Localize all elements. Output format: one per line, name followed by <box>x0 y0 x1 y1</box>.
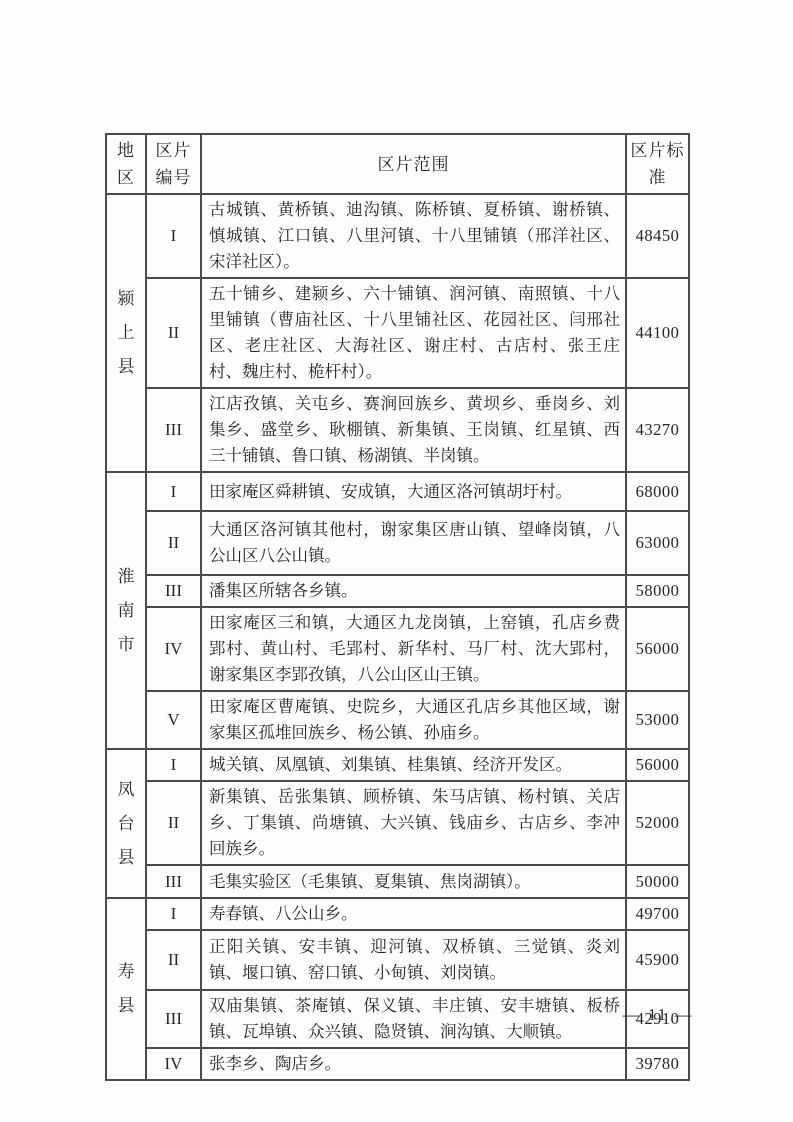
zone-no-cell: I <box>146 898 201 930</box>
standard-cell: 49700 <box>626 898 689 930</box>
table-row: III 潘集区所辖各乡镇。 58000 <box>106 575 689 607</box>
scope-cell: 江店孜镇、关屯乡、赛涧回族乡、黄坝乡、垂岗乡、刘集乡、盛堂乡、耿棚镇、新集镇、王… <box>201 388 626 472</box>
document-page: 地区 区片编号 区片范围 区片标准 颍上县 I 古城镇、黄桥镇、迪沟镇、陈桥镇、… <box>0 0 793 1122</box>
zone-no-cell: III <box>146 575 201 607</box>
table-row: 淮南市 I 田家庵区舜耕镇、安成镇，大通区洛河镇胡圩村。 68000 <box>106 472 689 511</box>
standard-cell: 48450 <box>626 194 689 278</box>
header-scope: 区片范围 <box>201 134 626 194</box>
scope-cell: 新集镇、岳张集镇、顾桥镇、朱马店镇、杨村镇、关店乡、丁集镇、尚塘镇、大兴镇、钱庙… <box>201 781 626 865</box>
zone-no-cell: II <box>146 511 201 575</box>
zone-no-cell: III <box>146 990 201 1048</box>
region-cell: 凤台县 <box>106 749 146 898</box>
standard-cell: 58000 <box>626 575 689 607</box>
header-region: 地区 <box>106 134 146 194</box>
zone-no-cell: IV <box>146 607 201 691</box>
zone-standard-table: 地区 区片编号 区片范围 区片标准 颍上县 I 古城镇、黄桥镇、迪沟镇、陈桥镇、… <box>105 133 690 1081</box>
standard-cell: 52000 <box>626 781 689 865</box>
page-number: — 11 — <box>603 1005 713 1025</box>
scope-cell: 古城镇、黄桥镇、迪沟镇、陈桥镇、夏桥镇、谢桥镇、慎城镇、江口镇、八里河镇、十八里… <box>201 194 626 278</box>
table-row: 凤台县 I 城关镇、凤凰镇、刘集镇、桂集镇、经济开发区。 56000 <box>106 749 689 781</box>
region-name: 寿县 <box>118 955 135 1023</box>
standard-cell: 50000 <box>626 865 689 898</box>
zone-no-cell: III <box>146 388 201 472</box>
scope-cell: 田家庵区舜耕镇、安成镇，大通区洛河镇胡圩村。 <box>201 472 626 511</box>
standard-cell: 53000 <box>626 691 689 749</box>
region-cell: 颍上县 <box>106 194 146 472</box>
zone-no-cell: I <box>146 749 201 781</box>
zone-no-cell: I <box>146 194 201 278</box>
table-row: IV 田家庵区三和镇，大通区九龙岗镇，上窑镇，孔店乡费郢村、黄山村、毛郢村、新华… <box>106 607 689 691</box>
scope-cell: 寿春镇、八公山乡。 <box>201 898 626 930</box>
standard-cell: 63000 <box>626 511 689 575</box>
table-header-row: 地区 区片编号 区片范围 区片标准 <box>106 134 689 194</box>
standard-cell: 45900 <box>626 930 689 990</box>
table-row: II 正阳关镇、安丰镇、迎河镇、双桥镇、三觉镇、炎刘镇、堰口镇、窑口镇、小甸镇、… <box>106 930 689 990</box>
scope-cell: 潘集区所辖各乡镇。 <box>201 575 626 607</box>
scope-cell: 张李乡、陶店乡。 <box>201 1048 626 1080</box>
table-row: II 五十铺乡、建颍乡、六十铺镇、润河镇、南照镇、十八里铺镇（曹庙社区、十八里铺… <box>106 278 689 388</box>
standard-cell: 43270 <box>626 388 689 472</box>
scope-cell: 田家庵区三和镇，大通区九龙岗镇，上窑镇，孔店乡费郢村、黄山村、毛郢村、新华村、马… <box>201 607 626 691</box>
zone-no-cell: II <box>146 278 201 388</box>
table-row: III 毛集实验区（毛集镇、夏集镇、焦岗湖镇）。 50000 <box>106 865 689 898</box>
region-name: 淮南市 <box>118 560 135 662</box>
table-row: IV 张李乡、陶店乡。 39780 <box>106 1048 689 1080</box>
zone-no-cell: II <box>146 930 201 990</box>
table-row: 颍上县 I 古城镇、黄桥镇、迪沟镇、陈桥镇、夏桥镇、谢桥镇、慎城镇、江口镇、八里… <box>106 194 689 278</box>
zone-no-cell: I <box>146 472 201 511</box>
table-row: II 新集镇、岳张集镇、顾桥镇、朱马店镇、杨村镇、关店乡、丁集镇、尚塘镇、大兴镇… <box>106 781 689 865</box>
header-standard: 区片标准 <box>626 134 689 194</box>
zone-no-cell: III <box>146 865 201 898</box>
table-row: V 田家庵区曹庵镇、史院乡，大通区孔店乡其他区域，谢家集区孤堆回族乡、杨公镇、孙… <box>106 691 689 749</box>
scope-cell: 正阳关镇、安丰镇、迎河镇、双桥镇、三觉镇、炎刘镇、堰口镇、窑口镇、小甸镇、刘岗镇… <box>201 930 626 990</box>
scope-cell: 大通区洛河镇其他村，谢家集区唐山镇、望峰岗镇，八公山区八公山镇。 <box>201 511 626 575</box>
region-name: 颍上县 <box>118 282 135 384</box>
scope-cell: 双庙集镇、茶庵镇、保义镇、丰庄镇、安丰塘镇、板桥镇、瓦埠镇、众兴镇、隐贤镇、涧沟… <box>201 990 626 1048</box>
standard-cell: 56000 <box>626 749 689 781</box>
scope-cell: 田家庵区曹庵镇、史院乡，大通区孔店乡其他区域，谢家集区孤堆回族乡、杨公镇、孙庙乡… <box>201 691 626 749</box>
table-row: 寿县 I 寿春镇、八公山乡。 49700 <box>106 898 689 930</box>
region-cell: 淮南市 <box>106 472 146 749</box>
scope-cell: 城关镇、凤凰镇、刘集镇、桂集镇、经济开发区。 <box>201 749 626 781</box>
scope-cell: 毛集实验区（毛集镇、夏集镇、焦岗湖镇）。 <box>201 865 626 898</box>
header-zone-no: 区片编号 <box>146 134 201 194</box>
table-row: II 大通区洛河镇其他村，谢家集区唐山镇、望峰岗镇，八公山区八公山镇。 6300… <box>106 511 689 575</box>
zone-no-cell: IV <box>146 1048 201 1080</box>
standard-cell: 39780 <box>626 1048 689 1080</box>
zone-no-cell: II <box>146 781 201 865</box>
standard-cell: 68000 <box>626 472 689 511</box>
standard-cell: 44100 <box>626 278 689 388</box>
region-name: 凤台县 <box>118 773 135 875</box>
scope-cell: 五十铺乡、建颍乡、六十铺镇、润河镇、南照镇、十八里铺镇（曹庙社区、十八里铺社区、… <box>201 278 626 388</box>
standard-cell: 56000 <box>626 607 689 691</box>
table-row: III 江店孜镇、关屯乡、赛涧回族乡、黄坝乡、垂岗乡、刘集乡、盛堂乡、耿棚镇、新… <box>106 388 689 472</box>
table-row: III 双庙集镇、茶庵镇、保义镇、丰庄镇、安丰塘镇、板桥镇、瓦埠镇、众兴镇、隐贤… <box>106 990 689 1048</box>
zone-no-cell: V <box>146 691 201 749</box>
region-cell: 寿县 <box>106 898 146 1080</box>
